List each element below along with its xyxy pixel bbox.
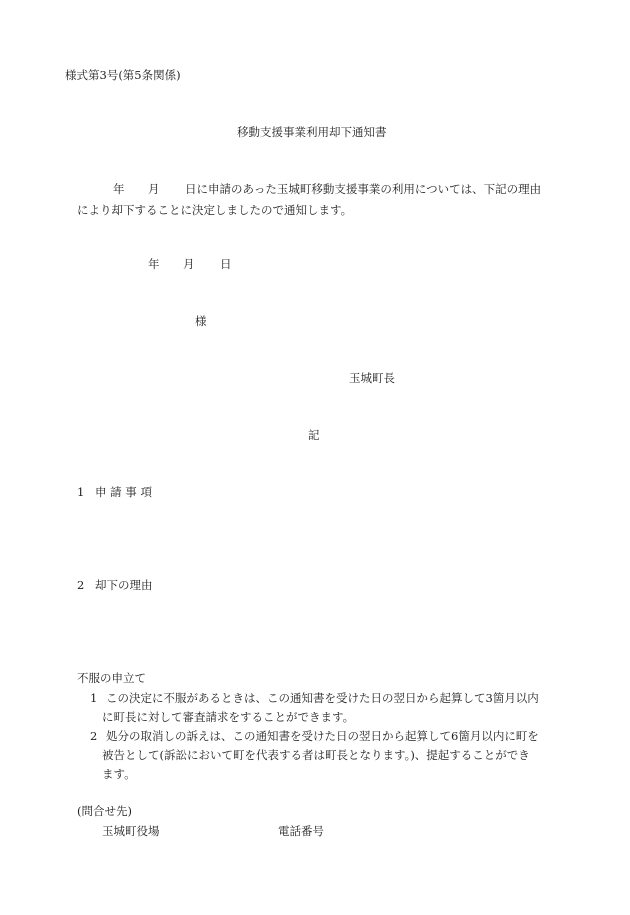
date-month-label: 月 (183, 259, 195, 271)
contact-heading: (問合せ先) (77, 806, 132, 818)
issuer: 玉城町長 (349, 373, 395, 385)
document-title: 移動支援事業利用却下通知書 (237, 127, 387, 139)
contact-phone-label: 電話番号 (278, 826, 324, 838)
appeal-heading: 不服の申立て (77, 673, 146, 685)
appeal-entry-number: 1 (90, 693, 97, 705)
appeal-entry-line: 処分の取消しの訴えは、この通知書を受けた日の翌日から起算して6箇月以内に町を (106, 731, 539, 743)
appeal-entry-number: 2 (90, 731, 97, 743)
date-year-label: 年 (148, 259, 160, 271)
date-day-label: 日 (220, 259, 232, 271)
form-number: 様式第3号(第5条関係) (65, 70, 181, 82)
item-number: 2 (77, 580, 84, 592)
appeal-entry-line: 被告として(訴訟において町を代表する者は町長となります。)、提起することができ (102, 750, 530, 762)
appeal-entry-line: に町長に対して審査請求をすることができます。 (102, 712, 354, 724)
intro-year-label: 年 (113, 184, 125, 196)
item-label: 却下の理由 (95, 580, 153, 592)
item-number: 1 (77, 487, 84, 499)
addressee-suffix: 様 (195, 316, 207, 328)
appeal-entry-line: ます。 (102, 769, 136, 781)
appeal-entry-line: この決定に不服があるときは、この通知書を受けた日の翌日から起算して3箇月以内 (106, 693, 539, 705)
contact-office: 玉城町役場 (102, 826, 160, 838)
item-label: 申 請 事 項 (95, 487, 152, 499)
intro-month-label: 月 (148, 184, 160, 196)
intro-line2: により却下することに決定しましたので通知します。 (77, 205, 352, 217)
intro-line1: 日に申請のあった玉城町移動支援事業の利用については、下記の理由 (185, 184, 541, 196)
ki-marker: 記 (308, 430, 320, 442)
